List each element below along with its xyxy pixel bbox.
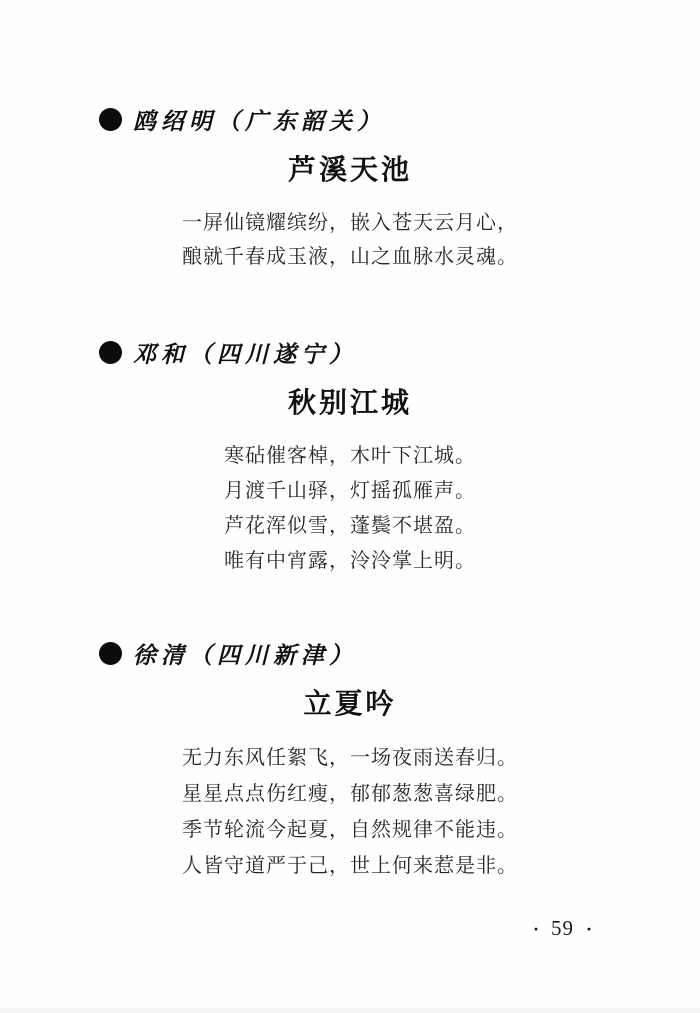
poem-line: 一屏仙镜耀缤纷，嵌入苍天云月心， [0,206,700,240]
poem-line: 季节轮流今起夏，自然规律不能违。 [0,812,700,848]
author-line: 鸥绍明（广东韶关） [0,103,700,135]
poem-body: 无力东风任絮飞，一场夜雨送春归。 星星点点伤红瘦，郁郁葱葱喜绿肥。 季节轮流今起… [0,740,700,884]
footer-dot-icon: · [533,920,539,938]
poetry-book-page: 鸥绍明（广东韶关） 芦溪天池 一屏仙镜耀缤纷，嵌入苍天云月心， 酿就千春成玉液，… [0,0,700,1013]
poem-line: 星星点点伤红瘦，郁郁葱葱喜绿肥。 [0,776,700,812]
poem-body: 一屏仙镜耀缤纷，嵌入苍天云月心， 酿就千春成玉液，山之血脉水灵魂。 [0,206,700,274]
poem-line: 人皆守道严于己，世上何来惹是非。 [0,848,700,884]
poem-line: 酿就千春成玉液，山之血脉水灵魂。 [0,240,700,274]
poem-body: 寒砧催客棹，木叶下江城。 月渡千山驿，灯摇孤雁声。 芦花浑似雪，蓬鬓不堪盈。 唯… [0,439,700,579]
poem-title: 芦溪天池 [0,151,700,191]
scan-edge [0,1008,700,1013]
author-name: 邓和（四川遂宁） [133,336,357,369]
poem-line: 芦花浑似雪，蓬鬓不堪盈。 [0,509,700,544]
poem-title: 秋别江城 [0,384,700,424]
page-number: · 59 · [521,916,604,941]
poem-line: 寒砧催客棹，木叶下江城。 [0,439,700,474]
author-line: 邓和（四川遂宁） [0,336,700,368]
page-number-value: 59 [551,916,574,941]
footer-dot-icon: · [586,920,592,938]
poem-line: 无力东风任絮飞，一场夜雨送春归。 [0,740,700,776]
poem-title: 立夏吟 [0,685,700,725]
poem-line: 月渡千山驿，灯摇孤雁声。 [0,474,700,509]
bullet-icon [99,341,122,364]
poem-entry-1: 鸥绍明（广东韶关） 芦溪天池 一屏仙镜耀缤纷，嵌入苍天云月心， 酿就千春成玉液，… [0,103,700,274]
author-name: 徐清（四川新津） [133,637,357,670]
bullet-icon [99,642,122,665]
poem-entry-2: 邓和（四川遂宁） 秋别江城 寒砧催客棹，木叶下江城。 月渡千山驿，灯摇孤雁声。 … [0,336,700,579]
poem-entry-3: 徐清（四川新津） 立夏吟 无力东风任絮飞，一场夜雨送春归。 星星点点伤红瘦，郁郁… [0,637,700,884]
bullet-icon [99,108,122,131]
poem-line: 唯有中宵露，泠泠掌上明。 [0,544,700,579]
author-name: 鸥绍明（广东韶关） [133,103,385,136]
author-line: 徐清（四川新津） [0,637,700,669]
